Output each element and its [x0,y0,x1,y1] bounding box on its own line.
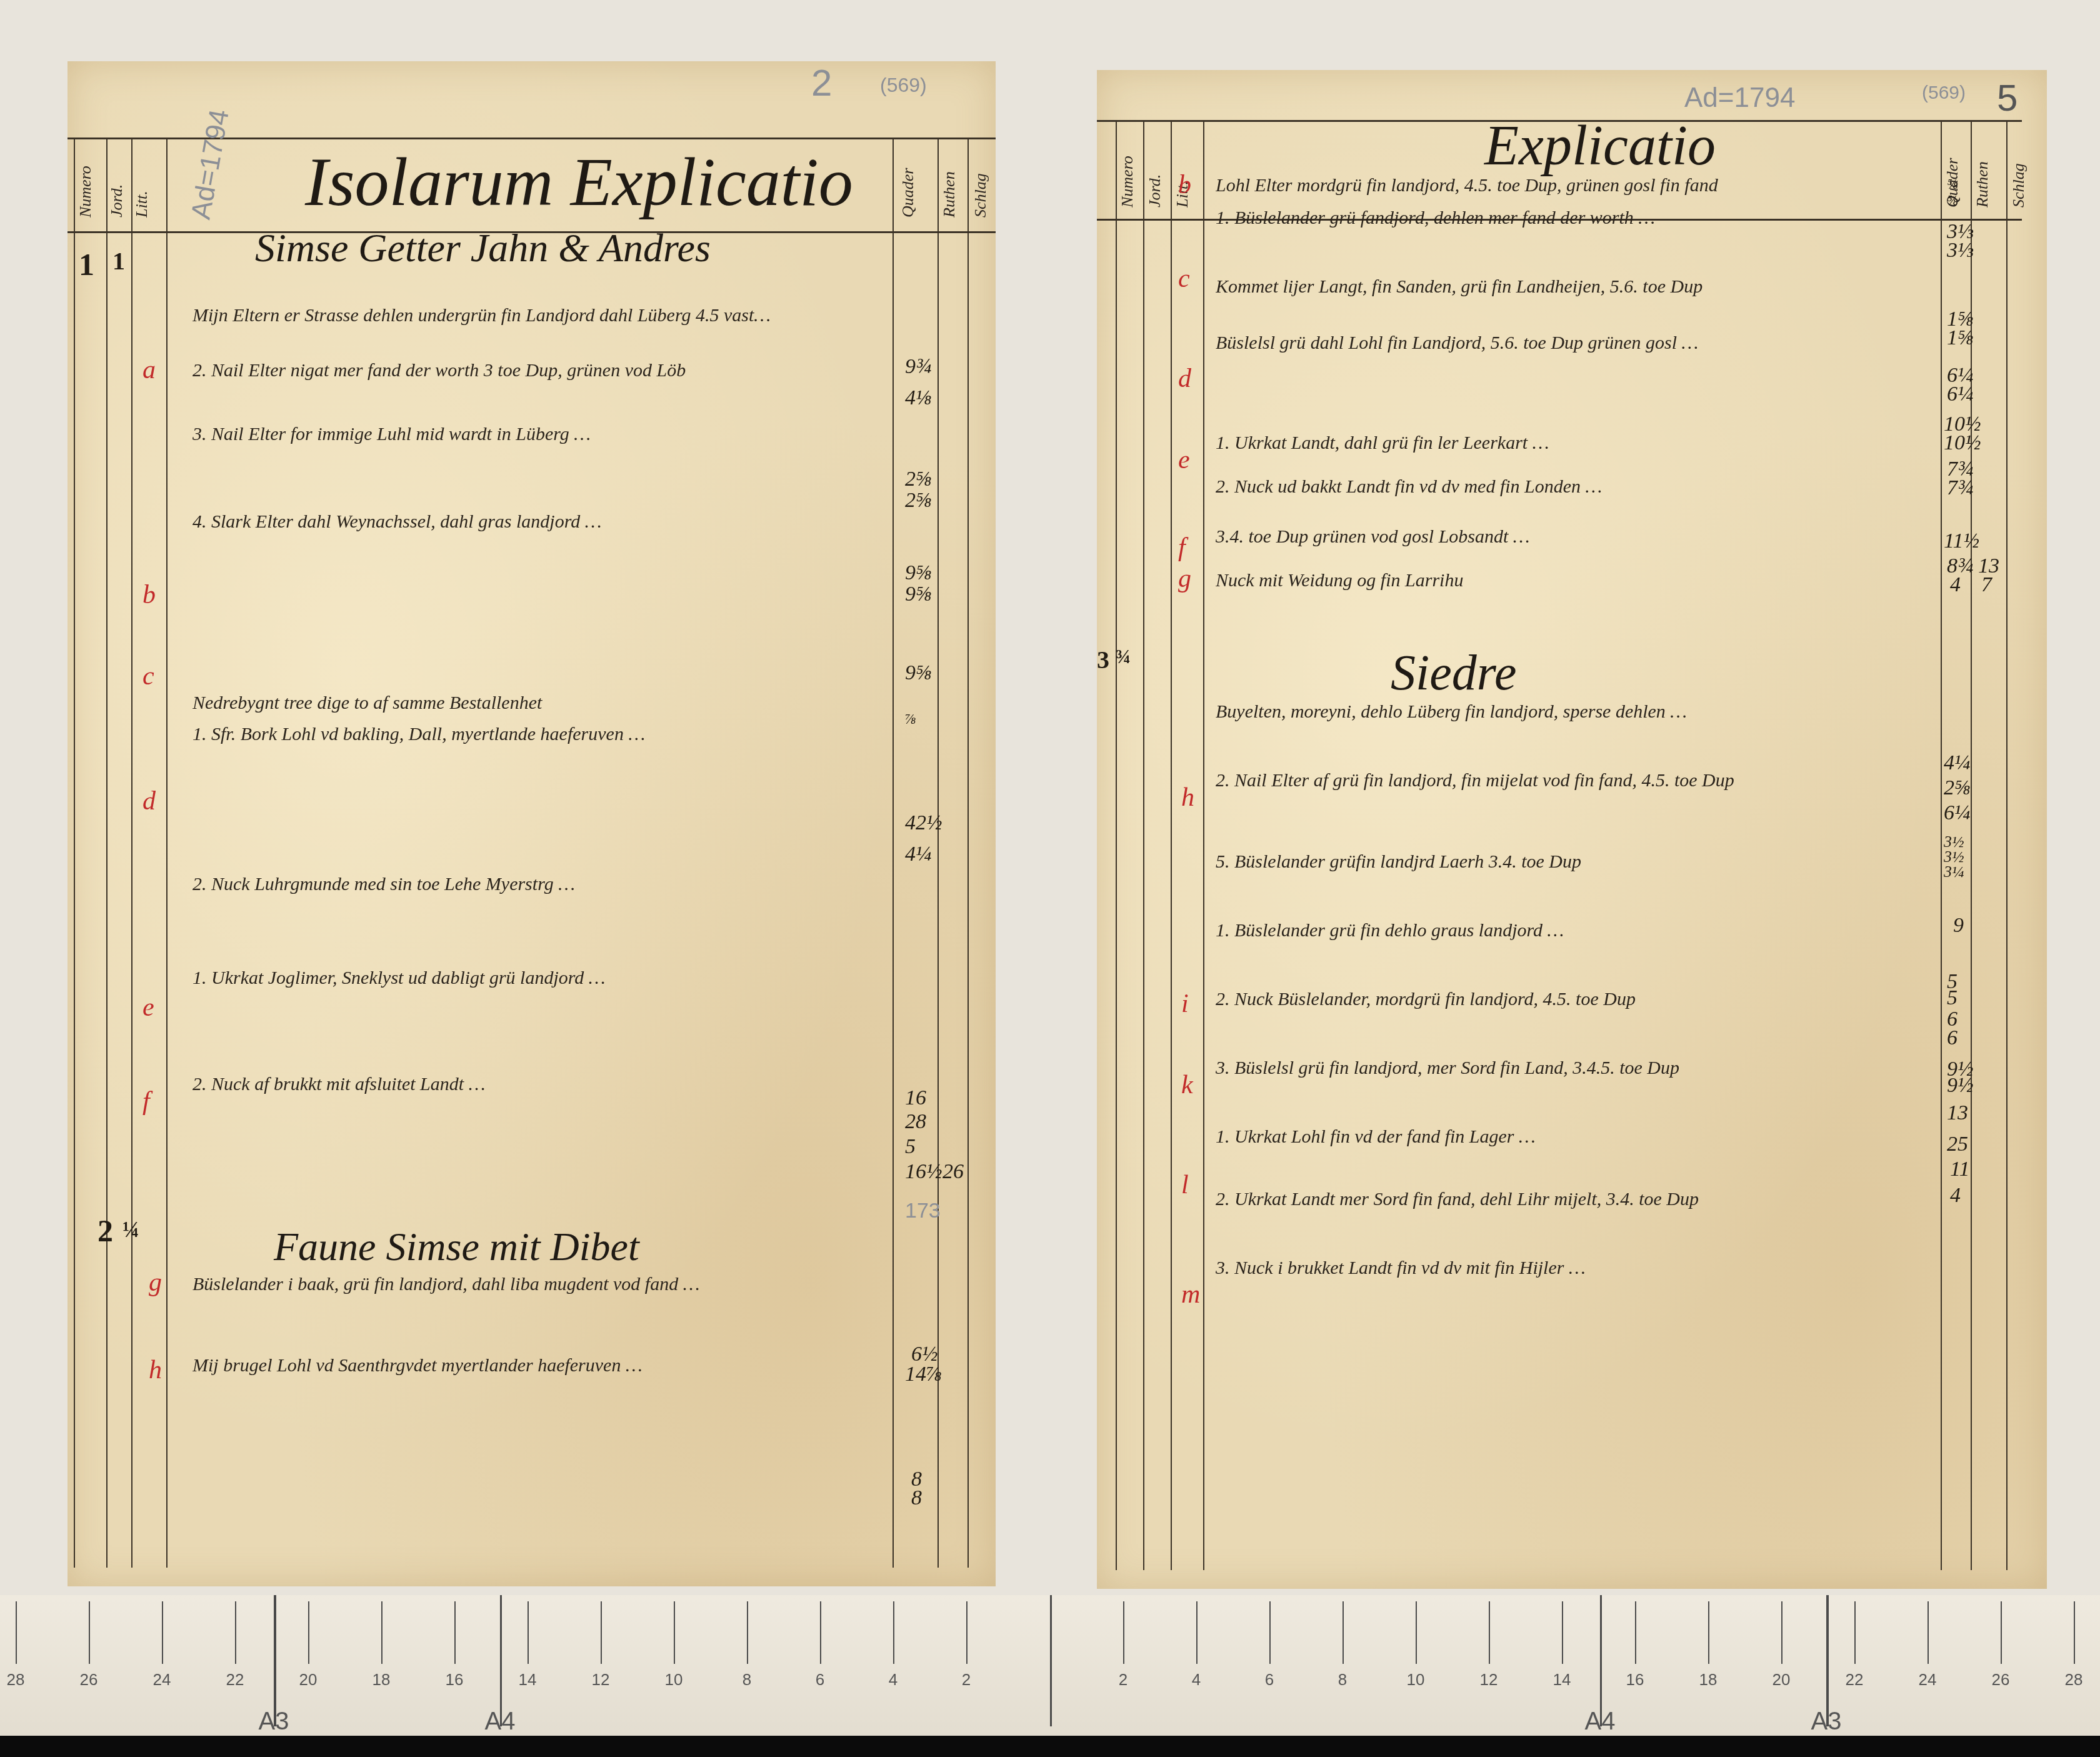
ruler-tick [747,1601,748,1664]
entry-text: 2. Nuck af brukkt mit afsluitet Landt … [192,1074,880,1095]
entry-text: 2. Nail Elter af grü fin landjord, fin m… [1216,770,1928,791]
ruler-label: 2 [962,1670,971,1689]
section-number: 2 [97,1213,113,1249]
entry-letter: h [149,1355,162,1385]
entry-letter: b [1178,170,1191,200]
ruler-tick [1342,1601,1344,1664]
column-header-numero: Numero [1118,156,1137,208]
area-value: 11 [1950,1158,1969,1181]
ruler-tick [381,1601,382,1664]
column-rule [1171,120,1172,1570]
area-value: 28 [905,1110,926,1134]
archive-stamp: Ad=1794 [1684,83,1795,114]
area-value: 25 [1947,1133,1968,1156]
entry-text: Mij brugel Lohl vd Saenthrgvdet myertlan… [192,1355,880,1376]
area-value: 6 [1947,1026,1957,1050]
ruler-label: 28 [2065,1670,2083,1689]
ruler-label: 20 [299,1670,317,1689]
scanner-edge [0,1736,2100,1757]
right-ledger-page: Numero Jord. Litt. Quader Ruthen Schlag … [1097,70,2047,1589]
ruler-tick [1635,1601,1636,1664]
ruler-tick [893,1601,894,1664]
paper-size-label: A3 [1811,1708,1842,1736]
entry-letter: h [1181,783,1194,813]
column-rule [106,138,107,1568]
entry-letter: b [142,580,156,610]
area-value: 16½ [905,1160,942,1184]
column-rule [74,138,75,1568]
section-heading: Faune Simse mit Dibet [274,1224,639,1270]
column-header-numero: Numero [76,166,95,218]
ruler-tick [454,1601,456,1664]
area-value: 9 [1953,914,1964,938]
measuring-ruler: 28 26 24 22 20 18 16 14 12 10 8 6 4 2 2 … [0,1595,2100,1736]
area-value: 2⅝ [905,489,932,513]
paper-size-label: A4 [1585,1708,1616,1736]
entry-text: Buyelten, moreyni, dehlo Lüberg fin land… [1216,701,1928,723]
ruler-a4-marker [1600,1595,1602,1726]
ruler-tick [308,1601,309,1664]
entry-letter: e [1178,445,1190,475]
area-value: 9⅝ [905,661,932,685]
entry-text: 1. Ukrkat Joglimer, Sneklyst ud dabligt … [192,968,880,989]
entry-text: 1. Büslelander grü fin dehlo graus landj… [1216,920,1928,941]
ruler-tick [1781,1601,1782,1664]
ruler-tick [1269,1601,1271,1664]
ruler-label: 18 [1699,1670,1717,1689]
entry-letter: c [142,661,154,691]
ruler-label: 24 [153,1670,171,1689]
ruler-label: 14 [519,1670,537,1689]
column-rule [1203,120,1204,1570]
column-header-quader: Quader [899,168,917,218]
entry-letter: i [1181,989,1189,1019]
area-value: 5 [905,1135,916,1159]
entry-letter: f [1178,533,1186,563]
section-heading: Simse Getter Jahn & Andres [255,225,711,271]
ruler-tick [1854,1601,1856,1664]
ruler-label: 18 [372,1670,391,1689]
ruler-label: 16 [1626,1670,1644,1689]
entry-text: 2. Nuck Büslelander, mordgrü fin landjor… [1216,989,1928,1010]
ruler-tick [1416,1601,1417,1664]
column-rule [1143,120,1144,1570]
entry-text: 3. Nail Elter for immige Luhl mid wardt … [192,424,880,445]
ruler-label: 26 [1992,1670,2010,1689]
entry-text: Nedrebygnt tree dige to af samme Bestall… [192,693,880,714]
section-subnumber: ¼ [122,1216,139,1243]
archive-page-number: 5 [1997,76,2017,119]
column-rule [1116,120,1117,1570]
area-value: 8 [911,1486,922,1510]
ruler-tick [89,1601,90,1664]
entry-text: Büslelander i baak, grü fin landjord, da… [192,1274,880,1295]
entry-letter: e [142,993,154,1023]
ruler-label: 16 [446,1670,464,1689]
ruler-label: 2 [1119,1670,1127,1689]
left-ledger-page: Numero Jord. Litt. Quader Ruthen Schlag … [67,61,996,1586]
area-value: 4¼ [905,843,932,866]
ruler-a3-marker [274,1595,276,1726]
ruler-a3-marker [1826,1595,1829,1726]
ruler-tick [162,1601,163,1664]
area-value: 9½ [1947,1074,1974,1098]
ruler-a4-marker [500,1595,502,1726]
area-value: 11½ [1944,529,1979,553]
entry-letter: d [1178,364,1191,394]
section-heading: Siedre [1391,645,1516,702]
area-value: 42½ [905,811,942,835]
area-value: 9⅝ [905,583,932,606]
entry-letter: g [1178,564,1191,594]
archive-page-number: 2 [811,61,832,104]
entry-text: 3. Büslelsl grü fin landjord, mer Sord f… [1216,1058,1928,1079]
entry-letter: a [142,355,156,385]
area-value: ⅝ [1947,176,1958,193]
ruler-label: 10 [665,1670,683,1689]
column-header-schlag: Schlag [2009,163,2028,208]
ruler-label: 12 [1480,1670,1498,1689]
entry-letter: g [149,1268,162,1298]
archive-folio: (569) [880,74,927,97]
entry-text: 3. Nuck i brukket Landt fin vd dv mit fi… [1216,1258,1928,1279]
column-header-ruthen: Ruthen [940,171,959,218]
entry-text: Mijn Eltern er Strasse dehlen undergrün … [192,305,880,326]
column-rule [166,138,167,1568]
entry-text: 5. Büslelander grüfin landjrd Laerh 3.4.… [1216,851,1928,873]
area-value: 1⅝ [1947,326,1974,350]
column-rule [131,138,132,1568]
ruler-tick [1927,1601,1929,1664]
entry-text: 2. Ukrkat Landt mer Sord fin fand, dehl … [1216,1189,1928,1210]
entry-letter: l [1181,1170,1189,1200]
area-value: ⅞ [905,711,916,728]
area-value: 3¼ [1944,863,1964,881]
entry-text: 3.4. toe Dup grünen vod gosl Lobsandt … [1216,526,1928,548]
ruler-label: 6 [1265,1670,1274,1689]
column-rule [1941,120,1942,1570]
ruler-label: 14 [1553,1670,1571,1689]
ruler-label: 22 [1846,1670,1864,1689]
ruler-tick [674,1601,675,1664]
area-value: 3⅓ [1947,239,1974,263]
area-value: 13 [1947,1101,1968,1125]
ruler-label: 28 [7,1670,25,1689]
section-subnumber: 1 [112,246,125,276]
entry-text: Nuck mit Weidung og fin Larrihu [1216,570,1928,591]
ruler-tick [527,1601,529,1664]
column-header-litt: Litt. [132,191,151,218]
area-value: 2⅝ [905,468,932,491]
entry-text: 2. Nail Elter nigat mer fand der worth 3… [192,360,880,381]
archive-stamp: Ad=1794 [186,107,236,221]
paper-size-label: A4 [485,1708,516,1736]
entry-letter: c [1178,264,1190,294]
ruler-label: 10 [1407,1670,1425,1689]
column-rule [2006,120,2007,1570]
area-value: 9¾ [905,355,932,379]
total-value: 26 [942,1160,964,1184]
ruler-tick [16,1601,17,1664]
entry-text: 1. Ukrkat Landt, dahl grü fin ler Leerka… [1216,433,1928,454]
ruler-label: 24 [1919,1670,1937,1689]
ruler-label: 4 [889,1670,897,1689]
ruler-center-marker [1050,1595,1052,1726]
ruler-label: 8 [742,1670,751,1689]
archive-folio: (569) [1922,83,1966,104]
entry-letter: k [1181,1070,1193,1100]
entry-text: 4. Slark Elter dahl Weynachssel, dahl gr… [192,511,880,533]
area-value: 6¼ [1947,383,1974,406]
ruler-tick [2001,1601,2002,1664]
ruler-tick [235,1601,236,1664]
column-header-jord: Jord. [1146,174,1164,208]
ruler-label: 4 [1192,1670,1201,1689]
ruler-tick [2074,1601,2075,1664]
paper-size-label: A3 [259,1708,289,1736]
area-value: 14⅞ [905,1363,942,1386]
area-value: 7¾ [1947,476,1974,500]
ruler-tick [1196,1601,1197,1664]
area-value: ⅝ [1947,193,1958,209]
entry-text: Lohl Elter mordgrü fin landjord, 4.5. to… [1216,175,1928,196]
entry-text: 2. Nuck ud bakkt Landt fin vd dv med fin… [1216,476,1928,498]
column-header-schlag: Schlag [971,173,990,218]
ruler-label: 22 [226,1670,244,1689]
ruler-tick [1123,1601,1124,1664]
area-value: 4 [1950,1184,1961,1208]
section-number: 1 [79,246,94,283]
area-value: 5 [1947,986,1957,1010]
total-value: 7 [1981,573,1992,597]
entry-text: 1. Sfr. Bork Lohl vd bakling, Dall, myer… [192,724,880,745]
entry-text: 1. Büslelander grü fandjord, dehlen mer … [1216,208,1928,229]
area-value: 4 [1950,573,1961,597]
section-subnumber: ¾ [1116,645,1131,668]
ruler-tick [1708,1601,1709,1664]
area-value: 4⅛ [905,386,932,410]
ruler-tick [966,1601,967,1664]
column-rule [967,138,969,1568]
ruler-tick [820,1601,821,1664]
area-value: 9⅝ [905,561,932,585]
page-title: Isolarum Explicatio [305,143,853,222]
entry-text: Kommet lijer Langt, fin Sanden, grü fin … [1216,276,1928,298]
ruler-label: 26 [80,1670,98,1689]
column-rule [892,138,894,1568]
entry-letter: m [1181,1279,1200,1309]
ruler-tick [1489,1601,1490,1664]
column-header-ruthen: Ruthen [1973,161,1992,208]
entry-letter: f [142,1086,150,1116]
area-value: 2⅝ [1944,776,1971,800]
entry-text: Büslelsl grü dahl Lohl fin Landjord, 5.6… [1216,333,1928,354]
entry-text: 1. Ukrkat Lohl fin vd der fand fin Lager… [1216,1126,1928,1148]
entry-letter: d [142,786,156,816]
area-value: 4¼ [1944,751,1971,775]
archive-pencil-mark: 173 [905,1199,941,1223]
ruler-label: 12 [592,1670,610,1689]
ruler-label: 8 [1338,1670,1347,1689]
area-value: 16 [905,1086,926,1110]
section-number: 3 [1097,645,1109,674]
entry-text: 2. Nuck Luhrgmunde med sin toe Lehe Myer… [192,874,880,895]
area-value: 10½ [1944,431,1981,455]
area-value: 6¼ [1944,801,1971,825]
page-title: Explicatio [1484,114,1716,178]
ruler-label: 6 [816,1670,824,1689]
ruler-tick [601,1601,602,1664]
ruler-label: 20 [1772,1670,1791,1689]
ruler-tick [1562,1601,1563,1664]
column-header-jord: Jord. [107,184,126,218]
